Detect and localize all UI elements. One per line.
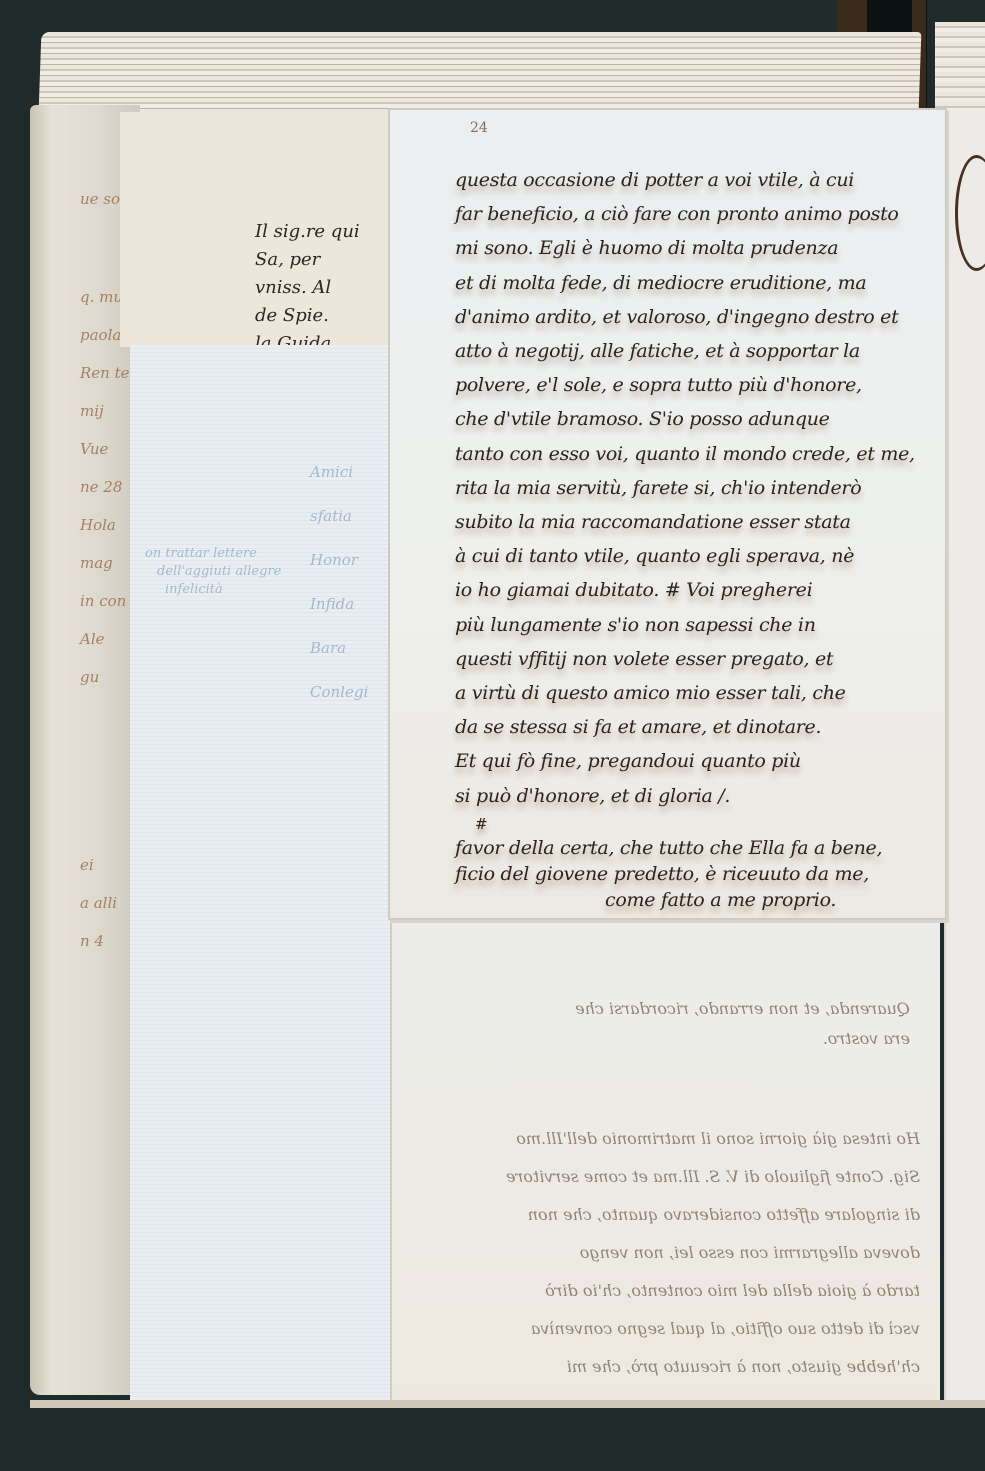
text-line: da se stessa si fa et amare, et dinotare…: [455, 710, 915, 744]
page-number: 24: [470, 120, 488, 136]
right-partial-page: [944, 108, 985, 1403]
text-line: rita la mia servitù, farete si, ch'io in…: [455, 471, 915, 505]
text-line: questi vffitij non volete esser pregato,…: [455, 642, 915, 676]
postscript-line: come fatto a me proprio.: [455, 887, 915, 913]
letter-text: questa occasione di potter a voi vtile, …: [455, 163, 915, 913]
blue-leaf-notes: Amici sfatia Honor Infida Bara Conlegi: [310, 450, 368, 714]
text-line: tanto con esso voi, quanto il mondo cred…: [455, 437, 915, 471]
text-line: questa occasione di potter a voi vtile, …: [455, 163, 915, 197]
text-line: che d'vtile bramoso. S'io posso adunque: [455, 402, 915, 436]
text-line: io ho giamai dubitato. # Voi pregherei: [455, 573, 915, 607]
insertion-mark: #: [455, 813, 915, 835]
postscript-line: ficio del giovene predetto, è riceuuto d…: [455, 861, 915, 887]
text-line: più lungamente s'io non sapessi che in: [455, 608, 915, 642]
page-edges-top: [39, 32, 922, 112]
text-line: atto à negotij, alle fatiche, et à soppo…: [455, 334, 915, 368]
upper-left-leaf-text: Il sig.re qui Sa, per vniss. Al de Spie.…: [255, 218, 360, 358]
text-line: a virtù di questo amico mio esser tali, …: [455, 676, 915, 710]
postscript-line: favor della certa, che tutto che Ella fa…: [455, 835, 915, 861]
text-line: à cui di tanto vtile, quanto egli sperav…: [455, 539, 915, 573]
text-line: polvere, e'l sole, e sopra tutto più d'h…: [455, 368, 915, 402]
text-line: Et qui fò fine, pregandoui quanto più: [455, 744, 915, 778]
text-line: et di molta fede, di mediocre eruditione…: [455, 266, 915, 300]
lower-page-bleed-text: Quarenda, et non errando, ricordarsi che…: [440, 990, 920, 1386]
text-line: far beneficio, a ciò fare con pronto ani…: [455, 197, 915, 231]
text-line: si può d'honore, et di gloria /.: [455, 779, 915, 813]
text-line: d'animo ardito, et valoroso, d'ingegno d…: [455, 300, 915, 334]
text-line: subito la mia raccomandatione esser stat…: [455, 505, 915, 539]
text-line: mi sono. Egli è huomo di molta prudenza: [455, 231, 915, 265]
page-edges-bottom: [30, 1400, 985, 1408]
page-edges-top-right: [935, 22, 985, 112]
blue-leaf-center-note: on trattar lettere dell'aggiuti allegre …: [145, 545, 281, 599]
